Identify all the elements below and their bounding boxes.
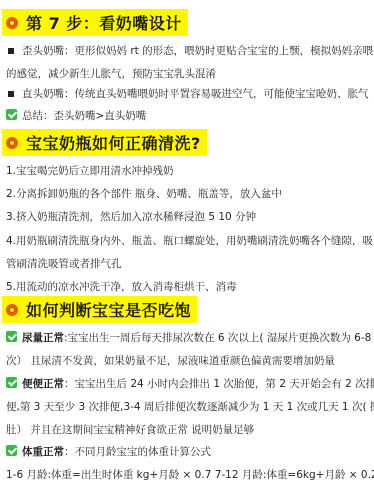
stool-line1: 便便正常：宝宝出生后 24 小时内会排出 1 次胎便，第 2 天开始会有 2 次… [6,377,370,391]
orange-ring-icon [6,17,18,29]
urine-line2: 次） 且尿清不发黄，如果奶量不足，尿液味道重颜色偏黄需要增加奶量 [6,354,370,368]
green-check-icon [6,331,17,342]
stool-line3: 肚） 并且在这期间宝宝精神好食欲正常 说明奶量足够 [6,423,370,437]
cleaning-step-3: 3.挤入奶瓶清洗剂，然后加入凉水稀释浸泡 5 10 分钟 [6,210,370,224]
orange-ring-icon [6,304,18,316]
stool-line2: 便,第 3 天至少 3 次排便,3-4 周后排便次数逐渐减少为 1 天 1 次或… [6,400,370,414]
tilted-nipple-line1: 歪头奶嘴：更形似妈妈 rt 的形态，喂奶时更贴合宝宝的上颚，模拟妈妈亲喂 [6,44,370,58]
section-heading-nipple-design: 第 7 步：看奶嘴设计 [2,9,188,36]
green-check-icon [6,377,17,388]
urine-line1: 尿量正常:宝宝出生一周后每天排尿次数在 6 次以上( 湿尿片更换次数为 6-8 [6,331,370,345]
cleaning-step-1: 1.宝宝喝完奶后立即用清水冲掉残奶 [6,164,370,178]
summary-line: 总结：歪头奶嘴>直头奶嘴 [6,109,370,123]
square-bullet-icon [8,91,14,97]
square-bullet-icon [8,48,14,54]
weight-formula: 1-6 月龄:体重=出生时体重 kg+月龄 × 0.7 7-12 月龄:体重=6… [6,468,370,482]
section-heading-bottle-cleaning: 宝宝奶瓶如何正确清洗? [2,129,207,156]
cleaning-step-2: 2.分离拆卸奶瓶的各个部件 瓶身、奶嘴、瓶盖等，放入盆中 [6,187,370,201]
heading-text: 第 7 步：看奶嘴设计 [26,11,182,34]
orange-ring-icon [6,137,18,149]
tilted-nipple-line2: 的感觉，减少新生儿胀气，预防宝宝乳头混淆 [6,67,370,81]
heading-text: 如何判断宝宝是否吃饱 [26,298,191,321]
cleaning-step-5: 5.用流动的凉水冲洗干净，放入消毒柜烘干、消毒 [6,280,370,294]
heading-text: 宝宝奶瓶如何正确清洗? [26,131,201,154]
cleaning-step-4-cont: 管刷清洗吸管或者排气孔 [6,257,370,271]
green-check-icon [6,445,17,456]
weight-line1: 体重正常：不同月龄宝宝的体重计算公式 [6,445,370,459]
green-check-icon [6,109,17,120]
section-heading-is-baby-full: 如何判断宝宝是否吃饱 [2,296,197,323]
cleaning-step-4: 4.用奶瓶刷清洗瓶身内外、瓶盖、瓶口螺旋处，用奶嘴刷清洗奶嘴各个缝隙，吸 [6,234,370,248]
straight-nipple-line: 直头奶嘴：传统直头奶嘴喂奶时平置容易吸进空气，可能使宝宝呛奶、胀气 [6,87,370,101]
document-page: 第 7 步：看奶嘴设计 歪头奶嘴：更形似妈妈 rt 的形态，喂奶时更贴合宝宝的上… [0,0,374,500]
